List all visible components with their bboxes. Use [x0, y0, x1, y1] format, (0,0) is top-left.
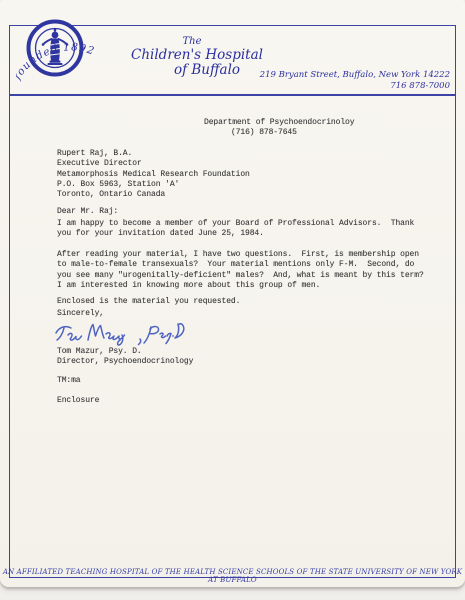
org-name-line2: Children's Hospital — [112, 47, 282, 63]
handwritten-signature — [54, 321, 186, 348]
affiliation-footer: AN AFFILIATED TEACHING HOSPITAL OF THE H… — [0, 568, 465, 584]
recipient-address-block: Rupert Raj, B.A. Executive Director Meta… — [57, 149, 250, 201]
body-paragraph-2: After reading your material, I have two … — [57, 250, 424, 291]
org-name-line1: The — [132, 36, 252, 47]
address-street-line: 219 Bryant Street, Buffalo, New York 142… — [260, 70, 450, 81]
letter-paper: founded 1892 The Children's Hospital of … — [0, 0, 465, 587]
body-paragraph-3: Enclosed is the material you requested. — [57, 297, 240, 307]
scanned-letter-page: founded 1892 The Children's Hospital of … — [0, 0, 465, 600]
salutation: Dear Mr. Raj: — [57, 207, 118, 217]
letterhead-address: 219 Bryant Street, Buffalo, New York 142… — [260, 70, 450, 91]
department-name: Department of Psychoendocrinoloy — [204, 118, 354, 128]
reference-initials: TM:ma — [57, 376, 81, 386]
body-paragraph-1: I am happy to become a member of your Bo… — [57, 219, 414, 240]
signature-typed-title: Director, Psychoendocrinology — [57, 357, 193, 367]
enclosure-note: Enclosure — [57, 396, 99, 406]
signature-typed-name: Tom Mazur, Psy. D. — [57, 347, 142, 357]
hospital-logo: founded 1892 — [16, 9, 116, 105]
valediction: Sincerely, — [57, 309, 104, 319]
department-phone: (716) 878-7645 — [231, 128, 297, 138]
address-phone-line: 716 878-7000 — [260, 81, 450, 92]
